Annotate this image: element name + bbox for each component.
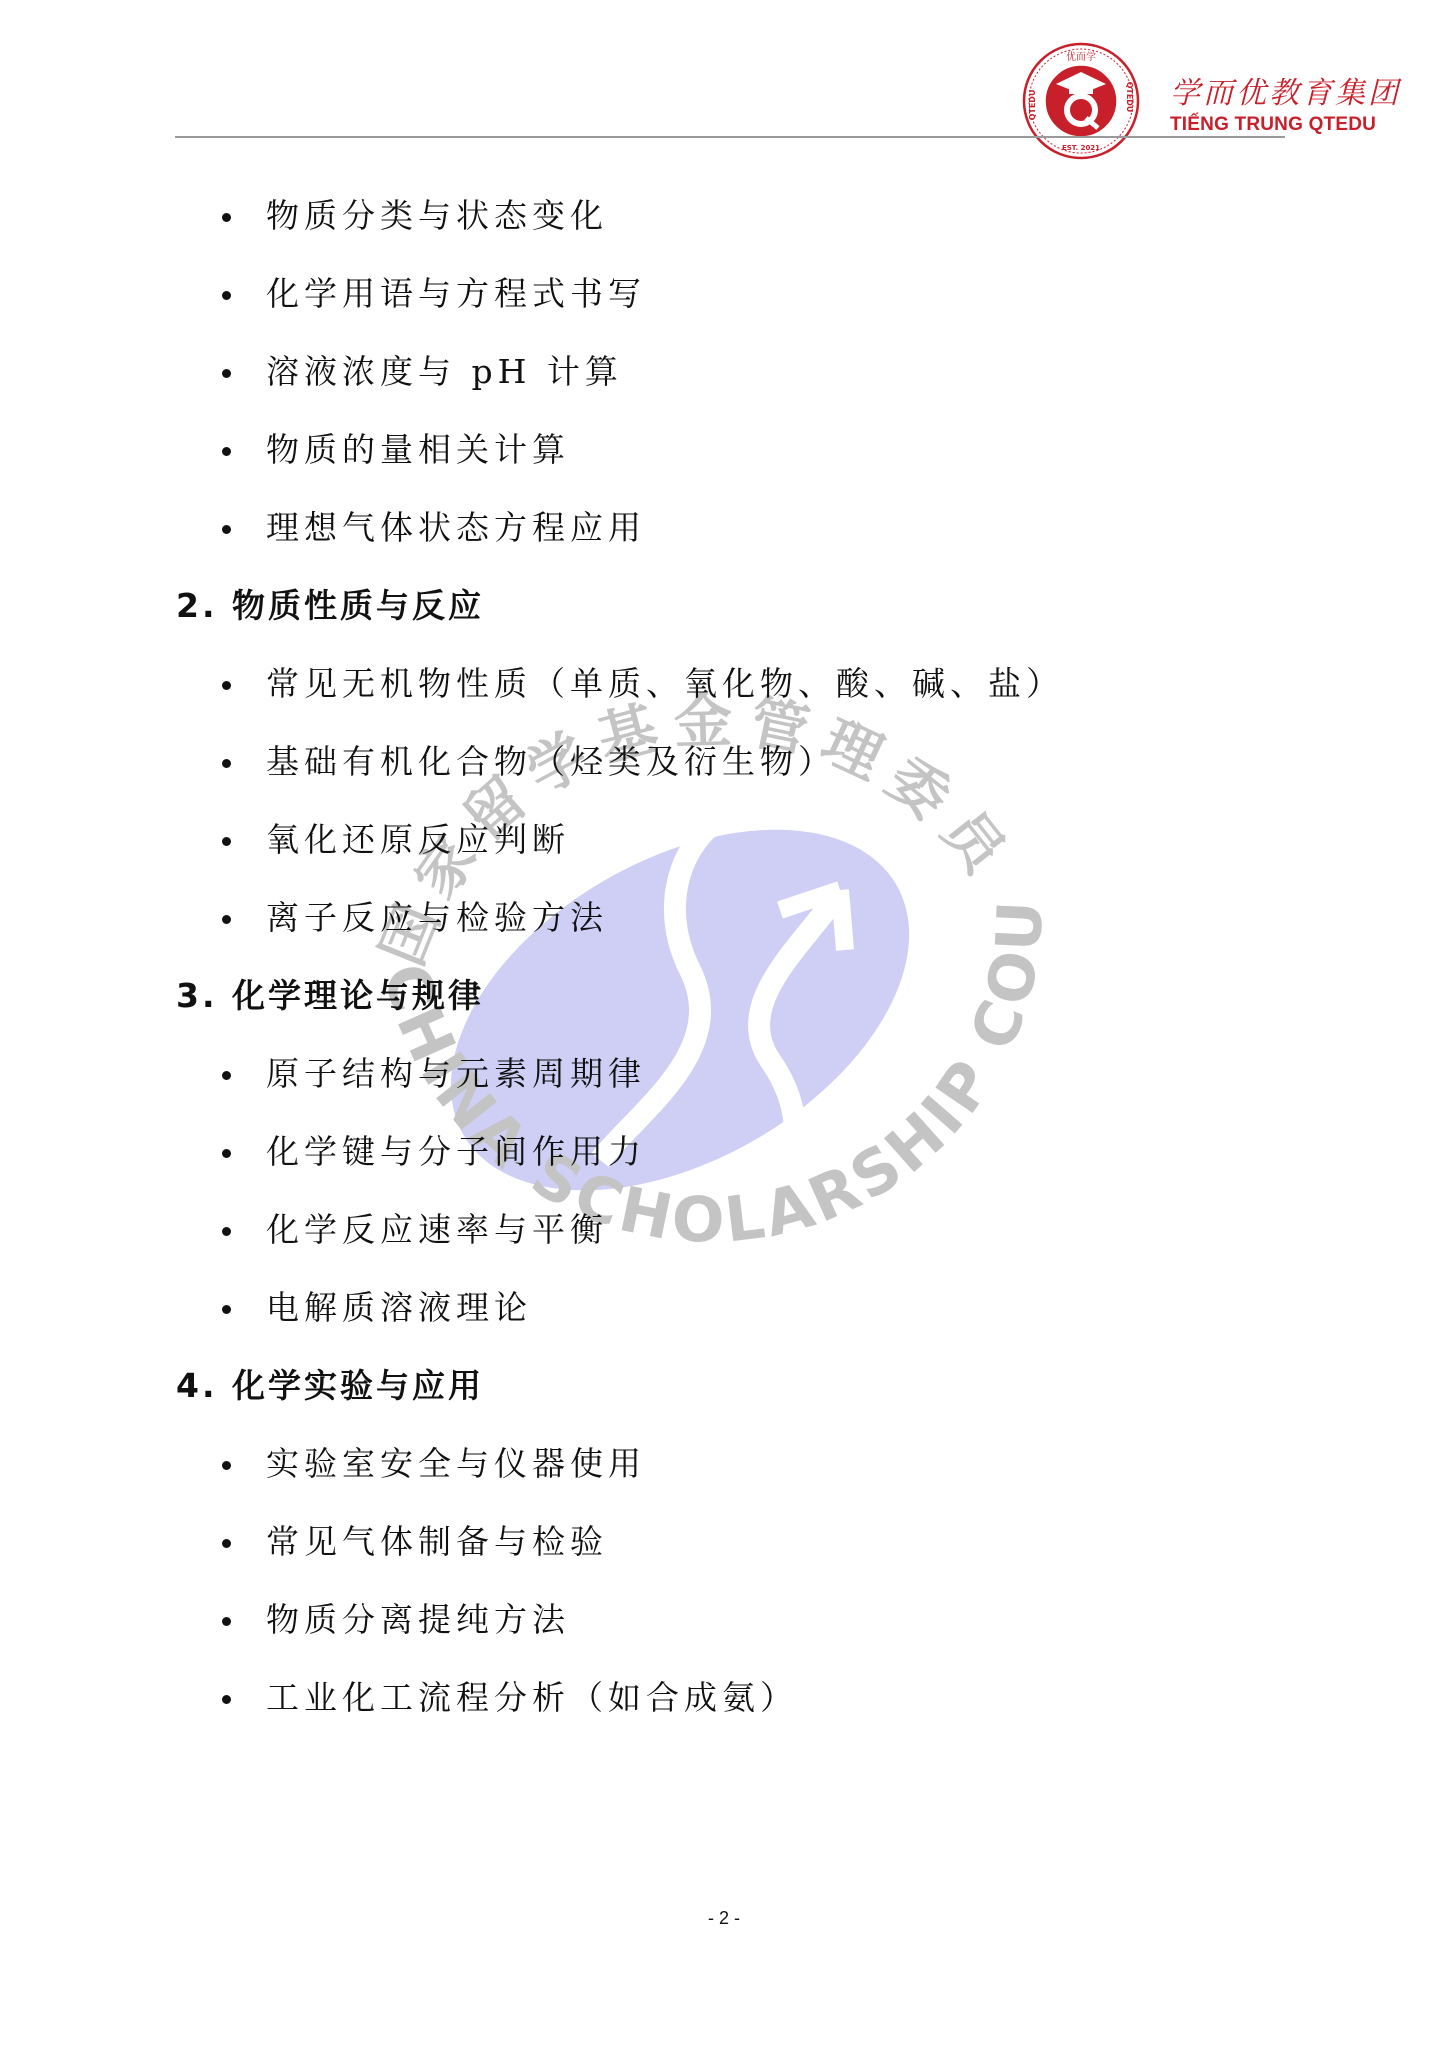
bullet-icon bbox=[222, 525, 231, 534]
svg-text:优而学: 优而学 bbox=[1066, 50, 1096, 63]
bullet-icon bbox=[222, 1305, 231, 1314]
bullet-icon bbox=[222, 1695, 231, 1704]
bullet-icon bbox=[222, 1149, 231, 1158]
logo-name-cn: 学而优教育集团 bbox=[1170, 68, 1401, 112]
bullet-icon bbox=[222, 759, 231, 768]
header-logo: 优而学 QTEDU QTEDU EST. 2021 学而优教育集团 TIẾNG … bbox=[1022, 42, 1422, 162]
svg-text:QTEDU: QTEDU bbox=[1028, 90, 1037, 121]
bullet-icon bbox=[222, 681, 231, 690]
header-divider bbox=[175, 136, 1285, 138]
svg-text:QTEDU: QTEDU bbox=[1125, 82, 1134, 113]
bullet-icon bbox=[222, 837, 231, 846]
bullet-icon bbox=[222, 1461, 231, 1470]
svg-text:EST. 2021: EST. 2021 bbox=[1062, 144, 1100, 152]
section-heading: 3. 化学理论与规律 bbox=[176, 976, 484, 1016]
bullet-icon bbox=[222, 915, 231, 924]
bullet-icon bbox=[222, 1227, 231, 1236]
bullet-icon bbox=[222, 1071, 231, 1080]
section-heading: 4. 化学实验与应用 bbox=[176, 1366, 484, 1406]
qtedu-seal-icon: 优而学 QTEDU QTEDU EST. 2021 bbox=[1022, 42, 1140, 160]
bullet-icon bbox=[222, 1539, 231, 1548]
page-number: - 2 - bbox=[0, 1908, 1448, 1929]
bullet-icon bbox=[222, 213, 231, 222]
bullet-icon bbox=[222, 291, 231, 300]
bullet-icon bbox=[222, 447, 231, 456]
bullet-icon bbox=[222, 1617, 231, 1626]
section-heading: 2. 物质性质与反应 bbox=[176, 586, 484, 626]
logo-name-en: TIẾNG TRUNG QTEDU bbox=[1170, 114, 1376, 136]
bullet-icon bbox=[222, 369, 231, 378]
